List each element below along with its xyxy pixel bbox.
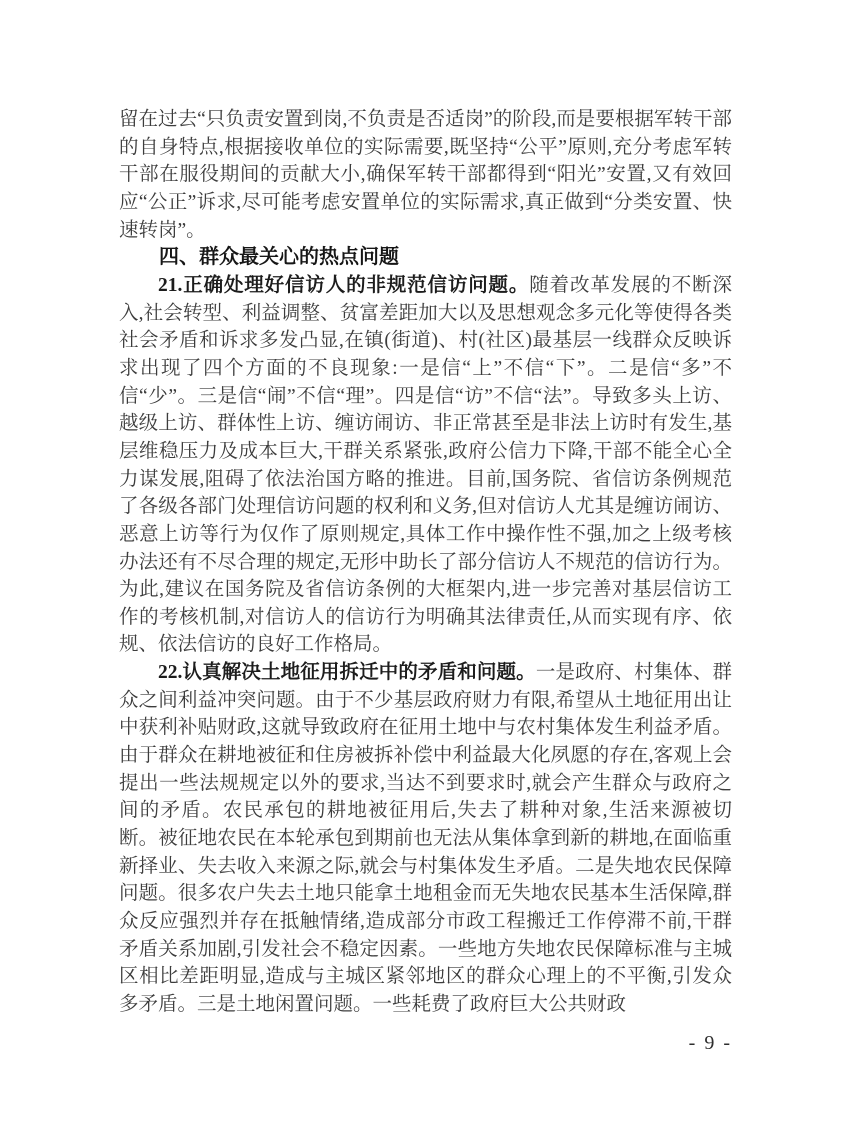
item-21-body: 随着改革发展的不断深入,社会转型、利益调整、贫富差距加大以及思想观念多元化等使得… [119,275,732,656]
item-21-lead: 21.正确处理好信访人的非规范信访问题。 [158,275,529,296]
page-number: - 9 - [0,1031,732,1055]
section-heading: 四、群众最关心的热点问题 [119,244,732,272]
document-page: 留在过去“只负责安置到岗,不负责是否适岗”的阶段,而是要根据军转干部的自身特点,… [0,0,850,1146]
item-22-lead: 22.认真解决土地征用拆迁中的矛盾和问题。 [158,662,536,683]
item-22-body: 一是政府、村集体、群众之间利益冲突问题。由于不少基层政府财力有限,希望从土地征用… [119,662,732,1015]
paragraph-continuation: 留在过去“只负责安置到岗,不负责是否适岗”的阶段,而是要根据军转干部的自身特点,… [119,106,732,244]
paragraph-item-21: 21.正确处理好信访人的非规范信访问题。随着改革发展的不断深入,社会转型、利益调… [119,272,732,659]
page-content: 留在过去“只负责安置到岗,不负责是否适岗”的阶段,而是要根据军转干部的自身特点,… [119,106,732,1019]
paragraph-item-22: 22.认真解决土地征用拆迁中的矛盾和问题。一是政府、村集体、群众之间利益冲突问题… [119,659,732,1019]
